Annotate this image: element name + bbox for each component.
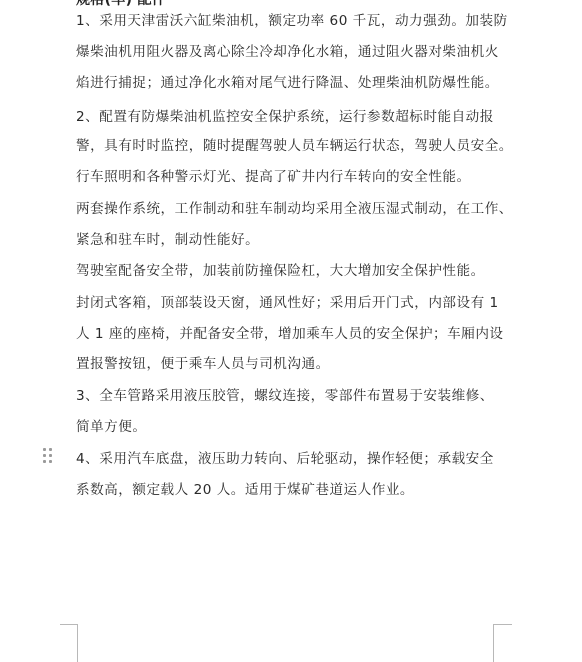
paragraph-line: 系数高，额定载人 20 人。适用于煤矿巷道运人作业。 xyxy=(76,481,414,499)
paragraph-line: 驾驶室配备安全带，加装前防撞保险杠，大大增加安全保护性能。 xyxy=(76,262,485,280)
paragraph-line: 两套操作系统，工作制动和驻车制动均采用全液压湿式制动，在工作、 xyxy=(76,200,513,218)
paragraph-line: 置报警按钮，便于乘车人员与司机沟通。 xyxy=(76,355,330,373)
paragraph-line: 简单方便。 xyxy=(76,418,146,436)
paragraph-line: 紧急和驻车时，制动性能好。 xyxy=(76,231,259,249)
paragraph-line: 4、采用汽车底盘，液压助力转向、后轮驱动，操作轻便；承载安全 xyxy=(76,450,494,468)
paragraph-line: 1、采用天津雷沃六缸柴油机，额定功率 60 千瓦，动力强劲。加装防 xyxy=(76,12,508,30)
paragraph-line: 警，具有时时监控，随时提醒驾驶人员车辆运行状态，驾驶人员安全。 xyxy=(76,137,513,155)
paragraph-line: 焰进行捕捉；通过净化水箱对尾气进行降温、处理柴油机防爆性能。 xyxy=(76,74,499,92)
drag-handle-icon[interactable] xyxy=(43,448,53,464)
paragraph-line: 2、配置有防爆柴油机监控安全保护系统，运行参数超标时能自动报 xyxy=(76,108,494,126)
document-page: 规格(车) 配件 1、采用天津雷沃六缸柴油机，额定功率 60 千瓦，动力强劲。加… xyxy=(0,0,582,662)
section-heading: 规格(车) 配件 xyxy=(76,0,166,9)
page-corner-mark-right xyxy=(493,624,512,662)
paragraph-line: 封闭式客箱，顶部装设天窗，通风性好；采用后开门式，内部设有 1 xyxy=(76,294,499,312)
paragraph-line: 3、全车管路采用液压胶管，螺纹连接，零部件布置易于安装维修、 xyxy=(76,387,494,405)
paragraph-line: 行车照明和各种警示灯光、提高了矿井内行车转向的安全性能。 xyxy=(76,168,471,186)
paragraph-line: 爆柴油机用阻火器及离心除尘冷却净化水箱，通过阻火器对柴油机火 xyxy=(76,43,499,61)
page-corner-mark-left xyxy=(60,624,78,662)
paragraph-line: 人 1 座的座椅，并配备安全带，增加乘车人员的安全保护；车厢内设 xyxy=(76,325,504,343)
